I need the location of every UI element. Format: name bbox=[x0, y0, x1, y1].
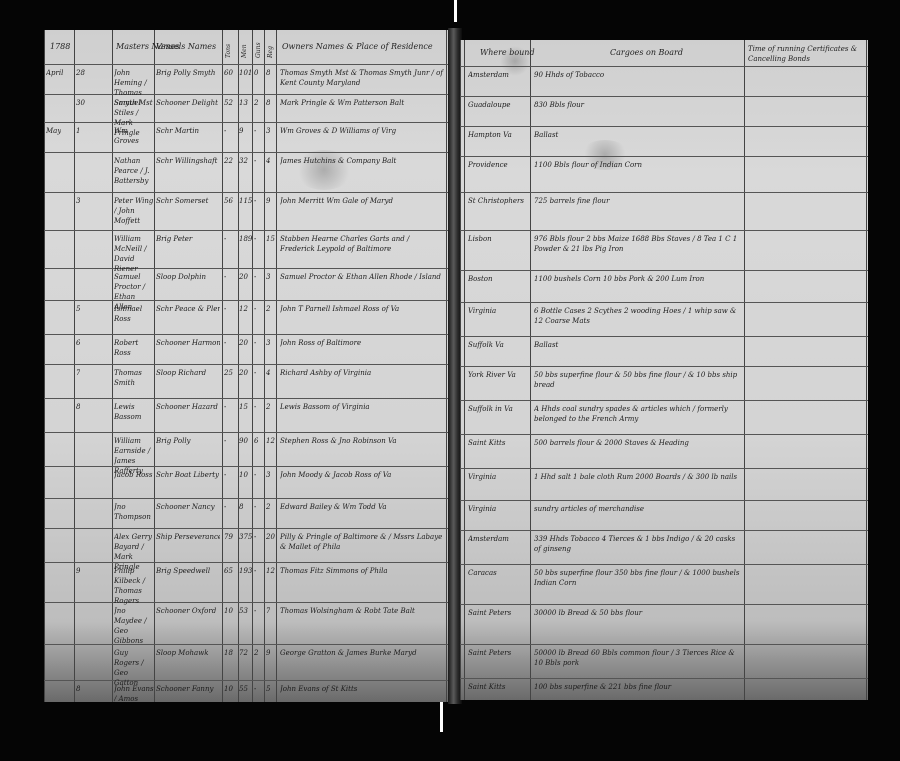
entry-tons: - bbox=[224, 272, 226, 282]
entry-where-bound: Virginia bbox=[468, 504, 528, 514]
ledger-row-rule bbox=[44, 466, 454, 467]
entry-men: 72 bbox=[239, 648, 248, 658]
entry-vessel-name: Sloop Mohawk bbox=[156, 648, 220, 658]
entry-vessel-name: Sloop Dolphin bbox=[156, 272, 220, 282]
entry-master-name: Ishmael Ross bbox=[114, 304, 154, 324]
ledger-row-rule bbox=[44, 602, 454, 603]
ledger-row-rule bbox=[44, 268, 454, 269]
entry-tons: - bbox=[224, 402, 226, 412]
top-registration-mark bbox=[454, 0, 457, 22]
entry-owners: John Ross of Baltimore bbox=[280, 338, 444, 348]
entry-tons: 60 bbox=[224, 68, 233, 78]
entry-reg: 3 bbox=[266, 272, 270, 282]
header-tons: Tons bbox=[224, 34, 234, 58]
entry-cargo: 1100 bushels Corn 10 bbs Pork & 200 Lum … bbox=[534, 274, 742, 284]
entry-reg: 2 bbox=[266, 304, 270, 314]
entry-guns: - bbox=[254, 304, 256, 314]
entry-owners: Stabben Hearne Charles Garts and / Frede… bbox=[280, 234, 444, 254]
entry-cargo: Ballast bbox=[534, 130, 742, 140]
entry-cargo: 1100 Bbls flour of Indian Corn bbox=[534, 160, 742, 170]
ledger-column-rule bbox=[866, 40, 867, 700]
entry-master-name: Thomas Smith bbox=[114, 368, 154, 388]
entry-master-name: John Evans / Amos Loney bbox=[114, 684, 154, 702]
ledger-row-rule bbox=[44, 498, 454, 499]
header-vessels-names: Vessels Names bbox=[156, 42, 216, 52]
entry-cargo: 6 Bottle Cases 2 Scythes 2 wooding Hoes … bbox=[534, 306, 742, 326]
ledger-row-rule bbox=[460, 604, 868, 605]
entry-where-bound: Virginia bbox=[468, 306, 528, 316]
entry-master-name: Jacob Ross bbox=[114, 470, 154, 480]
ledger-row-rule bbox=[44, 122, 454, 123]
entry-day: 7 bbox=[76, 368, 80, 378]
right-ledger-page: Where boundCargoes on BoardTime of runni… bbox=[460, 40, 868, 700]
ledger-row-rule bbox=[460, 270, 868, 271]
entry-vessel-name: Schooner Fanny bbox=[156, 684, 220, 694]
entry-reg: 4 bbox=[266, 368, 270, 378]
ledger-row-rule bbox=[44, 680, 454, 681]
ledger-row-rule bbox=[44, 562, 454, 563]
entry-master-name: Guy Rogers / Geo Gatton bbox=[114, 648, 154, 688]
entry-men: 8 bbox=[239, 502, 243, 512]
ledger-row-rule bbox=[460, 126, 868, 127]
ledger-row-rule bbox=[44, 94, 454, 95]
entry-men: 90 bbox=[239, 436, 248, 446]
ledger-row-rule bbox=[44, 432, 454, 433]
entry-reg: 20 bbox=[266, 532, 275, 542]
ledger-column-rule bbox=[460, 40, 461, 700]
entry-month: May bbox=[46, 126, 61, 136]
entry-where-bound: Amsterdam bbox=[468, 534, 528, 544]
entry-cargo: Ballast bbox=[534, 340, 742, 350]
entry-men: 375 bbox=[239, 532, 252, 542]
entry-vessel-name: Schr Peace & Plenty bbox=[156, 304, 220, 314]
entry-guns: 6 bbox=[254, 436, 258, 446]
ledger-row-rule bbox=[460, 302, 868, 303]
ledger-row-rule bbox=[44, 364, 454, 365]
entry-where-bound: Lisbon bbox=[468, 234, 528, 244]
entry-owners: John T Parnell Ishmael Ross of Va bbox=[280, 304, 444, 314]
entry-where-bound: Guadaloupe bbox=[468, 100, 528, 110]
entry-master-name: Lewis Bassom bbox=[114, 402, 154, 422]
entry-guns: - bbox=[254, 272, 256, 282]
ledger-row-rule bbox=[44, 300, 454, 301]
entry-day: 30 bbox=[76, 98, 85, 108]
entry-tons: 25 bbox=[224, 368, 233, 378]
entry-vessel-name: Brig Polly Smyth bbox=[156, 68, 220, 78]
entry-day: 6 bbox=[76, 338, 80, 348]
ledger-column-rule bbox=[530, 40, 531, 700]
entry-cargo: sundry articles of merchandise bbox=[534, 504, 742, 514]
entry-tons: 56 bbox=[224, 196, 233, 206]
entry-tons: 52 bbox=[224, 98, 233, 108]
entry-owners: James Hutchins & Company Balt bbox=[280, 156, 444, 166]
entry-tons: - bbox=[224, 436, 226, 446]
entry-tons: - bbox=[224, 338, 226, 348]
entry-owners: Stephen Ross & Jno Robinson Va bbox=[280, 436, 444, 446]
entry-tons: - bbox=[224, 234, 226, 244]
header-guns: Guns bbox=[254, 34, 264, 58]
ledger-row-rule bbox=[460, 678, 868, 679]
ledger-row-rule bbox=[44, 230, 454, 231]
header-cargoes-on-board: Cargoes on Board bbox=[610, 48, 683, 58]
ledger-row-rule bbox=[460, 500, 868, 501]
entry-vessel-name: Schooner Hazard bbox=[156, 402, 220, 412]
entry-master-name: Philip Kilbeck / Thomas Rogers bbox=[114, 566, 154, 606]
ledger-column-rule bbox=[744, 40, 745, 700]
entry-month: April bbox=[46, 68, 63, 78]
entry-master-name: Wm Groves bbox=[114, 126, 154, 146]
entry-guns: 2 bbox=[254, 648, 258, 658]
entry-day: 3 bbox=[76, 196, 80, 206]
ledger-row-rule bbox=[44, 644, 454, 645]
entry-tons: 10 bbox=[224, 606, 233, 616]
entry-reg: 9 bbox=[266, 196, 270, 206]
entry-men: 55 bbox=[239, 684, 248, 694]
entry-vessel-name: Schooner Harmony bbox=[156, 338, 220, 348]
entry-men: 20 bbox=[239, 272, 248, 282]
entry-day: 8 bbox=[76, 402, 80, 412]
entry-tons: 18 bbox=[224, 648, 233, 658]
entry-reg: 2 bbox=[266, 502, 270, 512]
entry-cargo: 339 Hhds Tobacco 4 Tierces & 1 bbs Indig… bbox=[534, 534, 742, 554]
entry-owners: Edward Bailey & Wm Todd Va bbox=[280, 502, 444, 512]
entry-day: 1 bbox=[76, 126, 80, 136]
entry-guns: - bbox=[254, 684, 256, 694]
entry-owners: Lewis Bassom of Virginia bbox=[280, 402, 444, 412]
ledger-row-rule bbox=[460, 530, 868, 531]
entry-reg: 8 bbox=[266, 98, 270, 108]
entry-men: 13 bbox=[239, 98, 248, 108]
entry-tons: - bbox=[224, 502, 226, 512]
ledger-row-rule bbox=[460, 644, 868, 645]
entry-men: 53 bbox=[239, 606, 248, 616]
entry-reg: 5 bbox=[266, 684, 270, 694]
entry-where-bound: Boston bbox=[468, 274, 528, 284]
entry-where-bound: Saint Kitts bbox=[468, 438, 528, 448]
entry-vessel-name: Brig Polly bbox=[156, 436, 220, 446]
header-reg: Reg bbox=[266, 34, 276, 58]
entry-cargo: 50 bbs superfine flour & 50 bbs fine flo… bbox=[534, 370, 742, 390]
entry-cargo: 50 bbs superfine flour 350 bbs fine flou… bbox=[534, 568, 742, 588]
left-ledger-page: 1788Masters NamesVessels NamesTonsMenGun… bbox=[44, 30, 454, 702]
entry-where-bound: Saint Peters bbox=[468, 608, 528, 618]
entry-tons: - bbox=[224, 470, 226, 480]
ledger-row-rule bbox=[44, 398, 454, 399]
entry-guns: - bbox=[254, 606, 256, 616]
entry-guns: - bbox=[254, 126, 256, 136]
ledger-row-rule bbox=[460, 230, 868, 231]
entry-cargo: 1 Hhd salt 1 bale cloth Rum 2000 Boards … bbox=[534, 472, 742, 482]
entry-master-name: Nathan Pearce / J. Battersby bbox=[114, 156, 154, 186]
entry-cargo: 500 barrels flour & 2000 Staves & Headin… bbox=[534, 438, 742, 448]
entry-reg: 3 bbox=[266, 470, 270, 480]
ledger-row-rule bbox=[460, 192, 868, 193]
entry-owners: John Moody & Jacob Ross of Va bbox=[280, 470, 444, 480]
entry-day: 9 bbox=[76, 566, 80, 576]
entry-vessel-name: Sloop Richard bbox=[156, 368, 220, 378]
entry-tons: - bbox=[224, 304, 226, 314]
entry-men: 115 bbox=[239, 196, 252, 206]
header-year: 1788 bbox=[50, 42, 70, 52]
entry-vessel-name: Schooner Nancy bbox=[156, 502, 220, 512]
ledger-row-rule bbox=[460, 366, 868, 367]
ledger-row-rule bbox=[460, 66, 868, 67]
entry-vessel-name: Schooner Oxford bbox=[156, 606, 220, 616]
entry-reg: 8 bbox=[266, 68, 270, 78]
entry-cargo: 30000 lb Bread & 50 bbs flour bbox=[534, 608, 742, 618]
entry-where-bound: Caracas bbox=[468, 568, 528, 578]
entry-men: 9 bbox=[239, 126, 243, 136]
entry-where-bound: Suffolk in Va bbox=[468, 404, 528, 414]
entry-reg: 3 bbox=[266, 126, 270, 136]
entry-owners: John Merritt Wm Gale of Maryd bbox=[280, 196, 444, 206]
bottom-registration-mark bbox=[440, 702, 443, 732]
entry-vessel-name: Schr Somerset bbox=[156, 196, 220, 206]
ledger-row-rule bbox=[460, 468, 868, 469]
entry-guns: - bbox=[254, 338, 256, 348]
entry-where-bound: St Christophers bbox=[468, 196, 528, 206]
entry-reg: 12 bbox=[266, 566, 275, 576]
entry-owners: Wm Groves & D Williams of Virg bbox=[280, 126, 444, 136]
entry-vessel-name: Schooner Delight bbox=[156, 98, 220, 108]
entry-master-name: Jno Maydee / Geo Gibbons bbox=[114, 606, 154, 646]
entry-reg: 7 bbox=[266, 606, 270, 616]
entry-where-bound: York River Va bbox=[468, 370, 528, 380]
entry-where-bound: Saint Kitts bbox=[468, 682, 528, 692]
entry-master-name: William McNeill / David Riener bbox=[114, 234, 154, 274]
entry-owners: George Gratton & James Burke Maryd bbox=[280, 648, 444, 658]
entry-vessel-name: Schr Willingshaft bbox=[156, 156, 220, 166]
header-owners-names: Owners Names & Place of Residence bbox=[282, 42, 433, 52]
entry-vessel-name: Ship Perseverance bbox=[156, 532, 220, 542]
ledger-row-rule bbox=[44, 152, 454, 153]
entry-guns: - bbox=[254, 402, 256, 412]
ledger-row-rule bbox=[460, 336, 868, 337]
entry-guns: 2 bbox=[254, 98, 258, 108]
entry-owners: Pilly & Pringle of Baltimore & / Mssrs L… bbox=[280, 532, 444, 552]
entry-tons: 22 bbox=[224, 156, 233, 166]
entry-cargo: 90 Hhds of Tobacco bbox=[534, 70, 742, 80]
header-men: Men bbox=[240, 34, 250, 58]
ledger-row-rule bbox=[44, 528, 454, 529]
entry-cargo: 830 Bbls flour bbox=[534, 100, 742, 110]
entry-cargo: 976 Bbls flour 2 bbs Maize 1688 Bbs Stav… bbox=[534, 234, 742, 254]
ledger-row-rule bbox=[460, 434, 868, 435]
entry-guns: - bbox=[254, 566, 256, 576]
entry-master-name: Peter Wing / John Moffett bbox=[114, 196, 154, 226]
entry-day: 8 bbox=[76, 684, 80, 694]
entry-owners: Thomas Fitz Simmons of Phila bbox=[280, 566, 444, 576]
entry-owners: Mark Pringle & Wm Patterson Balt bbox=[280, 98, 444, 108]
entry-guns: - bbox=[254, 470, 256, 480]
ledger-row-rule bbox=[460, 564, 868, 565]
entry-cargo: 725 barrels fine flour bbox=[534, 196, 742, 206]
entry-men: 10 bbox=[239, 470, 248, 480]
microfilm-scan: 1788Masters NamesVessels NamesTonsMenGun… bbox=[0, 0, 900, 761]
entry-tons: 65 bbox=[224, 566, 233, 576]
entry-where-bound: Hampton Va bbox=[468, 130, 528, 140]
entry-tons: 79 bbox=[224, 532, 233, 542]
entry-owners: Richard Ashby of Virginia bbox=[280, 368, 444, 378]
entry-cargo: 50000 lb Bread 60 Bbls common flour / 3 … bbox=[534, 648, 742, 668]
ledger-row-rule bbox=[44, 64, 454, 65]
entry-cargo: A Hhds coal sundry spades & articles whi… bbox=[534, 404, 742, 424]
ledger-row-rule bbox=[44, 334, 454, 335]
entry-where-bound: Providence bbox=[468, 160, 528, 170]
entry-where-bound: Saint Peters bbox=[468, 648, 528, 658]
entry-day: 5 bbox=[76, 304, 80, 314]
entry-reg: 3 bbox=[266, 338, 270, 348]
ledger-row-rule bbox=[44, 192, 454, 193]
entry-tons: 10 bbox=[224, 684, 233, 694]
entry-men: 15 bbox=[239, 402, 248, 412]
entry-master-name: Jno Thompson bbox=[114, 502, 154, 522]
entry-guns: - bbox=[254, 532, 256, 542]
entry-guns: - bbox=[254, 196, 256, 206]
entry-owners: John Evans of St Kitts bbox=[280, 684, 444, 694]
entry-owners: Samuel Proctor & Ethan Allen Rhode / Isl… bbox=[280, 272, 444, 282]
entry-where-bound: Amsterdam bbox=[468, 70, 528, 80]
entry-men: 12 bbox=[239, 304, 248, 314]
entry-vessel-name: Brig Peter bbox=[156, 234, 220, 244]
entry-men: 20 bbox=[239, 338, 248, 348]
entry-reg: 4 bbox=[266, 156, 270, 166]
entry-guns: 0 bbox=[254, 68, 258, 78]
entry-vessel-name: Schr Boat Liberty bbox=[156, 470, 220, 480]
header-where-bound: Where bound bbox=[480, 48, 535, 58]
ledger-row-rule bbox=[460, 96, 868, 97]
entry-owners: Thomas Smyth Mst & Thomas Smyth Junr / o… bbox=[280, 68, 444, 88]
entry-men: 32 bbox=[239, 156, 248, 166]
entry-men: 193 bbox=[239, 566, 252, 576]
entry-guns: - bbox=[254, 368, 256, 378]
entry-guns: - bbox=[254, 234, 256, 244]
entry-where-bound: Suffolk Va bbox=[468, 340, 528, 350]
entry-guns: - bbox=[254, 156, 256, 166]
entry-men: 189 bbox=[239, 234, 252, 244]
ledger-row-rule bbox=[460, 156, 868, 157]
header-certificates-bonds: Time of running Certificates & Cancellin… bbox=[748, 44, 864, 64]
entry-tons: - bbox=[224, 126, 226, 136]
ledger-row-rule bbox=[460, 400, 868, 401]
entry-reg: 15 bbox=[266, 234, 275, 244]
entry-reg: 9 bbox=[266, 648, 270, 658]
entry-owners: Thomas Wolsingham & Robt Tate Balt bbox=[280, 606, 444, 616]
entry-reg: 2 bbox=[266, 402, 270, 412]
entry-men: 20 bbox=[239, 368, 248, 378]
entry-guns: - bbox=[254, 502, 256, 512]
entry-master-name: Robert Ross bbox=[114, 338, 154, 358]
entry-men: 101 bbox=[239, 68, 252, 78]
entry-vessel-name: Schr Martin bbox=[156, 126, 220, 136]
entry-vessel-name: Brig Speedwell bbox=[156, 566, 220, 576]
entry-reg: 12 bbox=[266, 436, 275, 446]
entry-where-bound: Virginia bbox=[468, 472, 528, 482]
entry-day: 28 bbox=[76, 68, 85, 78]
entry-cargo: 100 bbs superfine & 221 bbs fine flour bbox=[534, 682, 742, 692]
ledger-column-rule bbox=[464, 40, 465, 700]
